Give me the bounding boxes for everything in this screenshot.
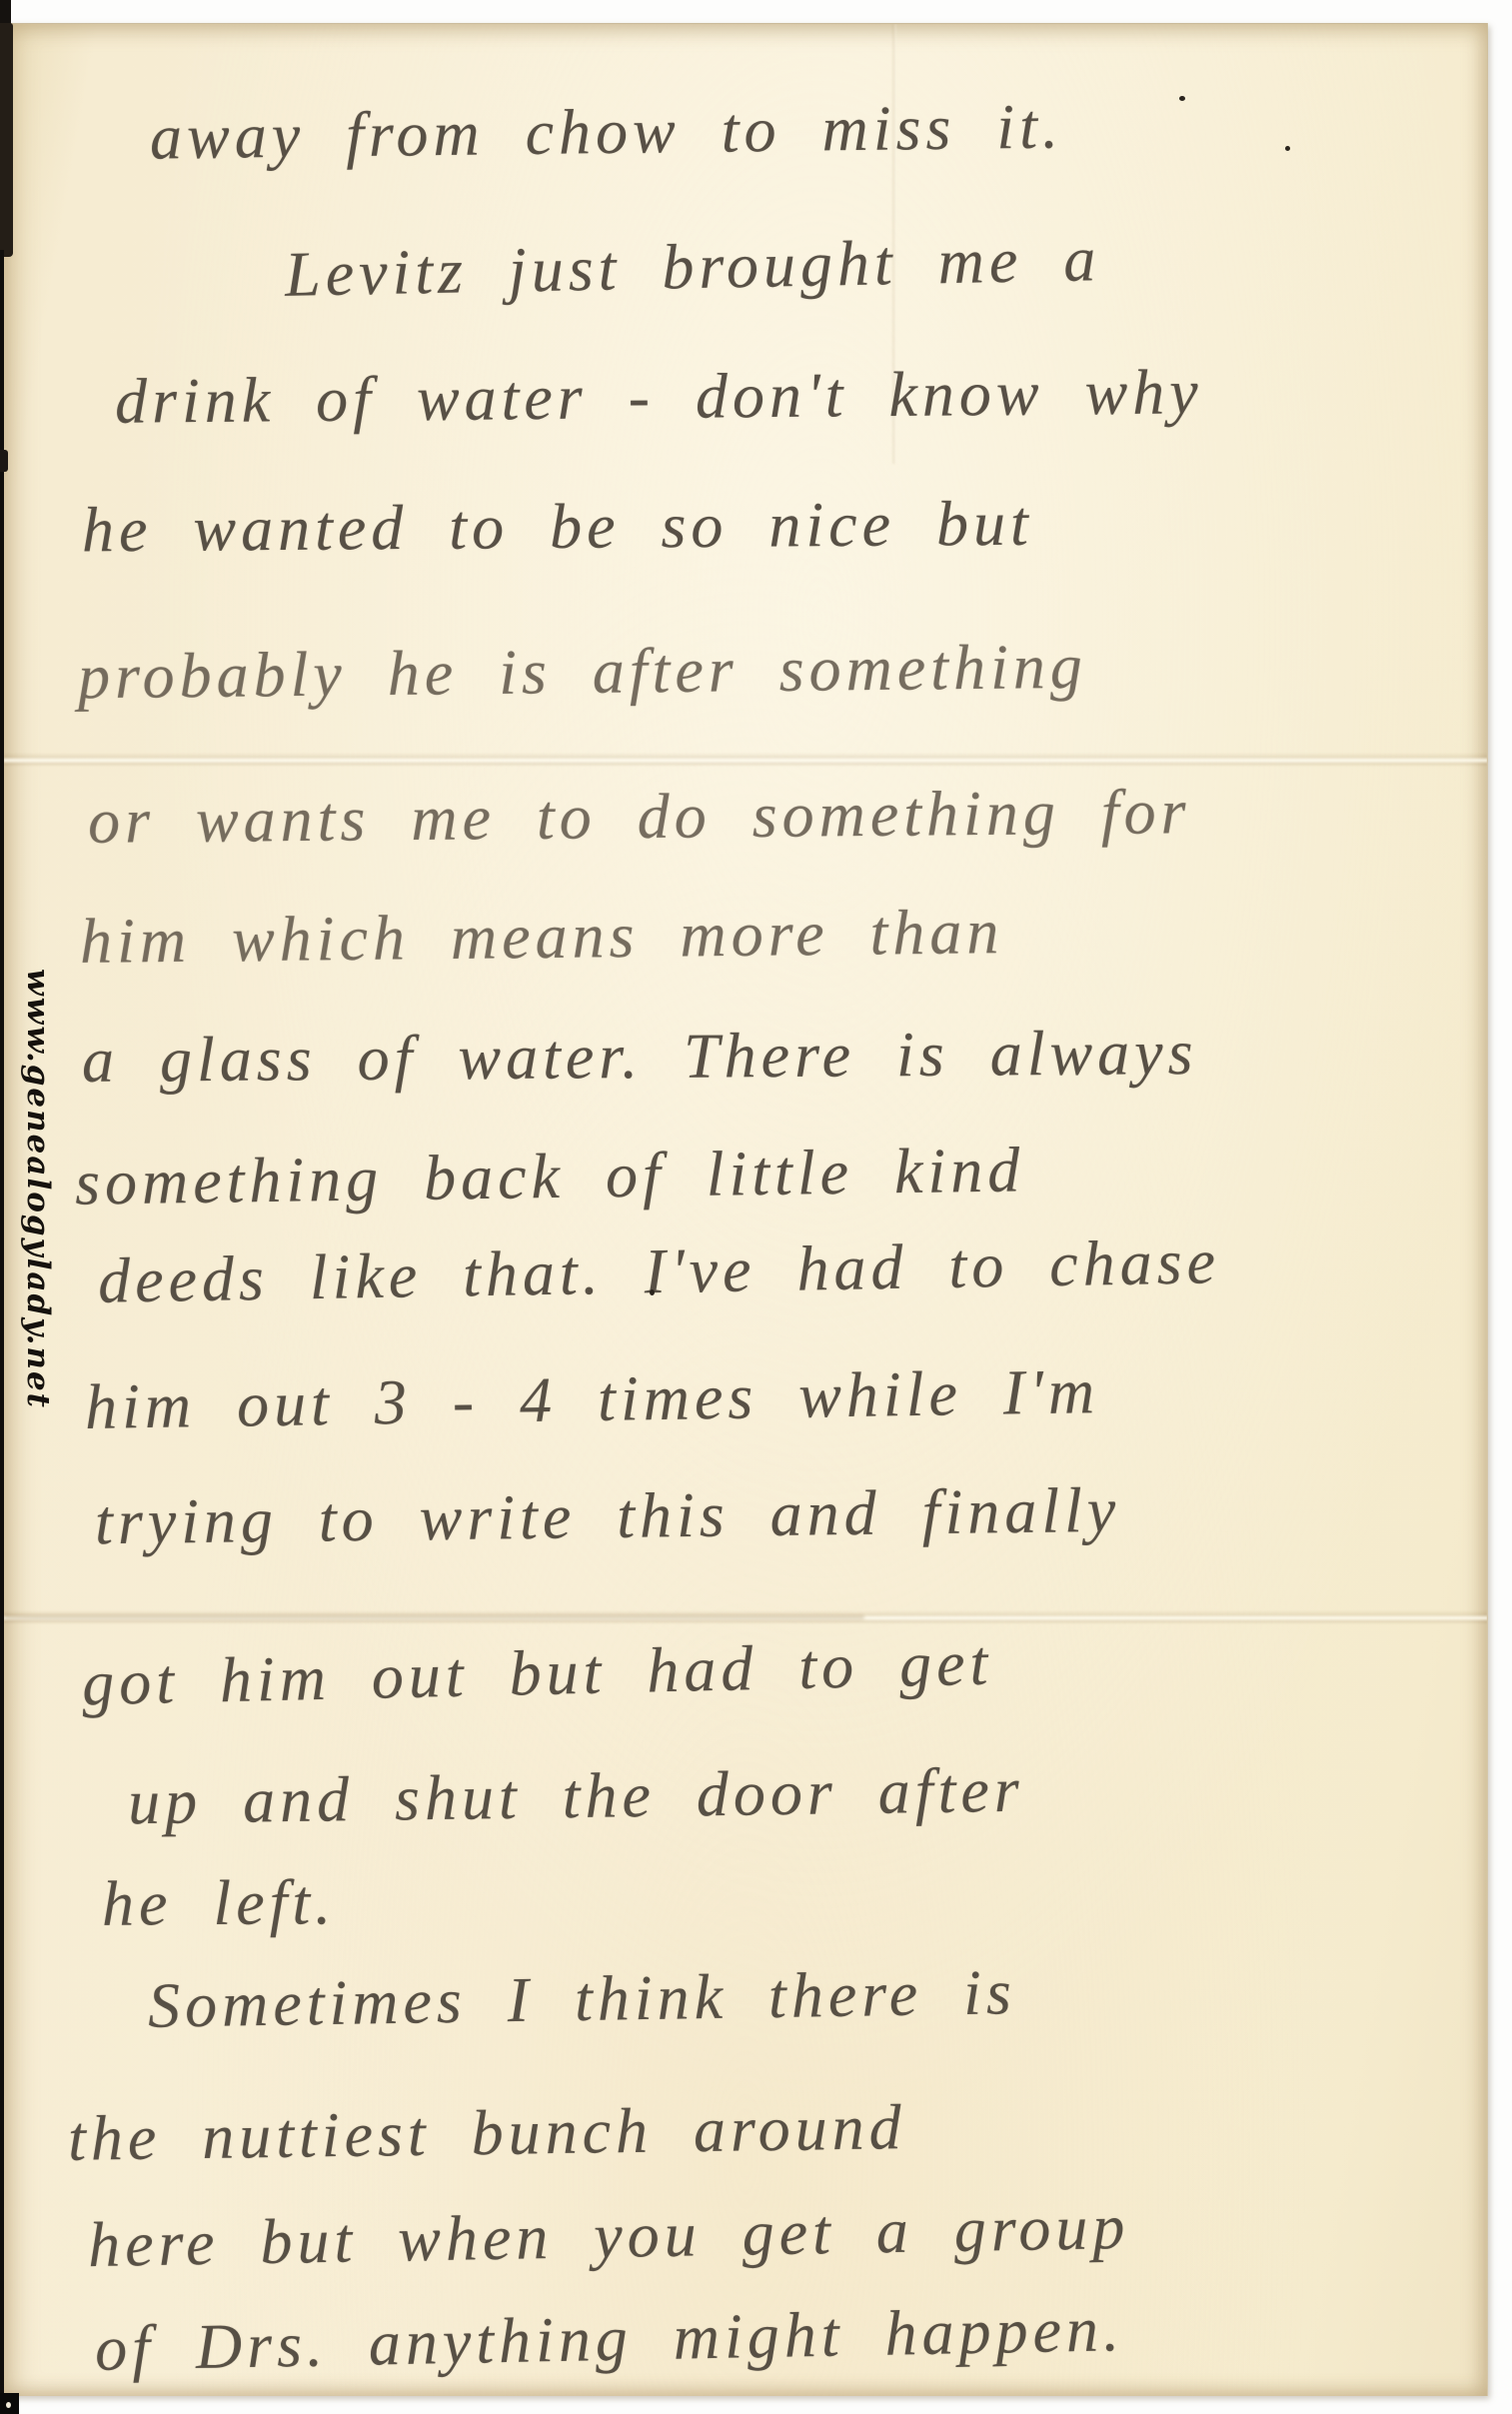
handwriting-line: he wanted to be so nice but [82,478,1033,577]
handwriting-line: him which means more than [80,886,1004,988]
handwriting-line: deeds like that. I've had to chase [97,1215,1220,1327]
scanned-document: www.genealogylady.net away from chow to … [0,0,1512,2414]
letter-page: www.genealogylady.net away from chow to … [4,23,1488,2396]
handwriting-line: up and shut the door after [127,1744,1024,1849]
handwriting-line: a glass of water. There is always [82,1007,1198,1107]
horizontal-fold-crease [4,753,1487,767]
handwriting-line: probably he is after something [78,621,1088,724]
handwriting-line: drink of water - don't know why [115,346,1203,447]
handwriting-line: the nuttiest bunch around [67,2081,906,2185]
handwriting-line: of Drs. anything might happen. [94,2283,1125,2395]
handwriting-line: something back of little kind [74,1124,1024,1228]
scan-edge-artifact [0,23,13,257]
handwriting-line: away from chow to miss it. [149,80,1063,183]
handwriting-line: him out 3 - 4 times while I'm [84,1345,1099,1453]
scan-edge-artifact [6,2402,11,2408]
handwriting-line: Levitz just brought me a [284,213,1101,321]
handwriting-line: trying to write this and finally [94,1464,1120,1569]
scan-edge-artifact [0,450,8,472]
scan-edge-artifact [0,250,4,2395]
ink-speck [1285,146,1290,151]
handwriting-line: he left. [102,1856,337,1950]
handwriting-line: here but when you get a group [87,2181,1130,2291]
handwriting-line: got him out but had to get [81,1617,993,1730]
crease-shadow [4,1615,864,1619]
scan-edge-artifact [0,0,11,25]
ink-speck [1179,96,1185,101]
handwriting-line: Sometimes I think there is [147,1946,1016,2052]
handwriting-line: or wants me to do something for [88,766,1191,868]
watermark-text: www.genealogylady.net [20,969,56,1508]
ink-speck [650,1289,655,1295]
